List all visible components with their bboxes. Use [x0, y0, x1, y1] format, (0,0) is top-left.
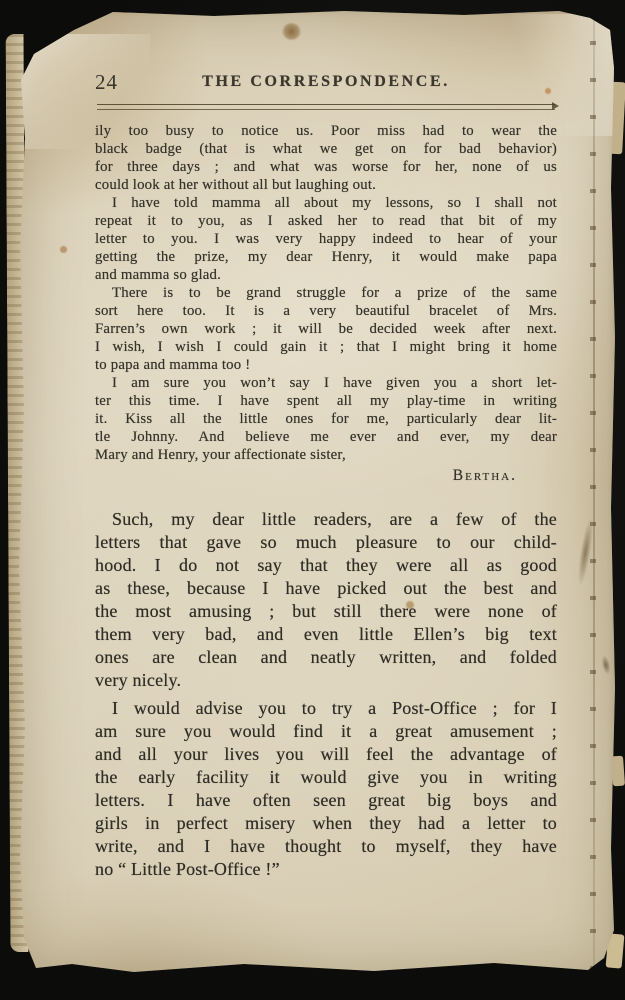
text-line: I am sure you won’t say I have given you…	[95, 374, 557, 392]
text-line: hood. I do not say that they were all as…	[95, 554, 557, 577]
text-line: to papa and mamma too !	[95, 356, 557, 374]
text-line: the most amusing ; but still there were …	[95, 600, 557, 623]
text-line: I would advise you to try a Post-Office …	[95, 697, 557, 720]
text-line: and all your lives you will feel the adv…	[95, 743, 557, 766]
text-line: Such, my dear little readers, are a few …	[95, 508, 557, 531]
narrative-paragraph: Such, my dear little readers, are a few …	[95, 508, 557, 692]
book-page: 24 THE CORRESPONDENCE. ily too busy to n…	[14, 8, 616, 980]
header-rule	[97, 104, 555, 110]
letter-signature: Bertha.	[95, 466, 557, 486]
scanned-book-photo: { "header": { "page_number": "24", "runn…	[0, 0, 625, 1000]
text-line: ones are clean and neatly written, and f…	[95, 646, 557, 669]
text-line: could look at her without all but laughi…	[95, 176, 557, 194]
running-title: THE CORRESPONDENCE.	[95, 73, 557, 91]
text-line: black badge (that is what we get on for …	[95, 140, 557, 158]
stain-spot	[282, 23, 301, 40]
text-line: very nicely.	[95, 669, 557, 692]
text-line: them very bad, and even little Ellen’s b…	[95, 623, 557, 646]
text-line: girls in perfect misery when they had a …	[95, 812, 557, 835]
text-line: repeat it to you, as I asked her to read…	[95, 212, 557, 230]
letter-section: ily too busy to notice us. Poor miss had…	[95, 122, 557, 486]
text-line: as these, because I have picked out the …	[95, 577, 557, 600]
narrative-paragraph: I would advise you to try a Post-Office …	[95, 697, 557, 881]
text-line: letters. I have often seen great big boy…	[95, 789, 557, 812]
edge-tear-mark	[597, 651, 614, 679]
text-line: tle Johnny. And believe me ever and ever…	[95, 428, 557, 446]
text-line: Mary and Henry, your affectionate sister…	[95, 446, 557, 464]
text-line: for three days ; and what was worse for …	[95, 158, 557, 176]
text-line: it. Kiss all the little ones for me, par…	[95, 410, 557, 428]
letter-paragraph: ily too busy to notice us. Poor miss had…	[95, 122, 557, 194]
letter-paragraph: I am sure you won’t say I have given you…	[95, 374, 557, 464]
text-line: Farren’s own work ; it will be decided w…	[95, 320, 557, 338]
text-line: the early facility it would give you in …	[95, 766, 557, 789]
text-line: getting the prize, my dear Henry, it wou…	[95, 248, 557, 266]
rule-end-flourish	[552, 102, 559, 110]
text-line: sort here too. It is a very beautiful br…	[95, 302, 557, 320]
stitching-marks	[590, 8, 596, 980]
letter-paragraph: There is to be grand struggle for a priz…	[95, 284, 557, 374]
text-line: ily too busy to notice us. Poor miss had…	[95, 122, 557, 140]
text-line: am sure you would find it a great amusem…	[95, 720, 557, 743]
text-line: ter this time. I have spent all my play-…	[95, 392, 557, 410]
narrative-section: Such, my dear little readers, are a few …	[95, 508, 557, 881]
text-line: no “ Little Post-Office !”	[95, 858, 557, 881]
text-line: I have told mamma all about my lessons, …	[95, 194, 557, 212]
text-line: I wish, I wish I could gain it ; that I …	[95, 338, 557, 356]
page-header: 24 THE CORRESPONDENCE.	[95, 68, 557, 102]
text-line: There is to be grand struggle for a priz…	[95, 284, 557, 302]
letter-paragraph: I have told mamma all about my lessons, …	[95, 194, 557, 284]
text-line: and mamma so glad.	[95, 266, 557, 284]
text-line: letter to you. I was very happy indeed t…	[95, 230, 557, 248]
text-line: letters that gave so much pleasure to ou…	[95, 531, 557, 554]
stain-spot	[60, 246, 67, 253]
text-line: write, and I have thought to myself, the…	[95, 835, 557, 858]
